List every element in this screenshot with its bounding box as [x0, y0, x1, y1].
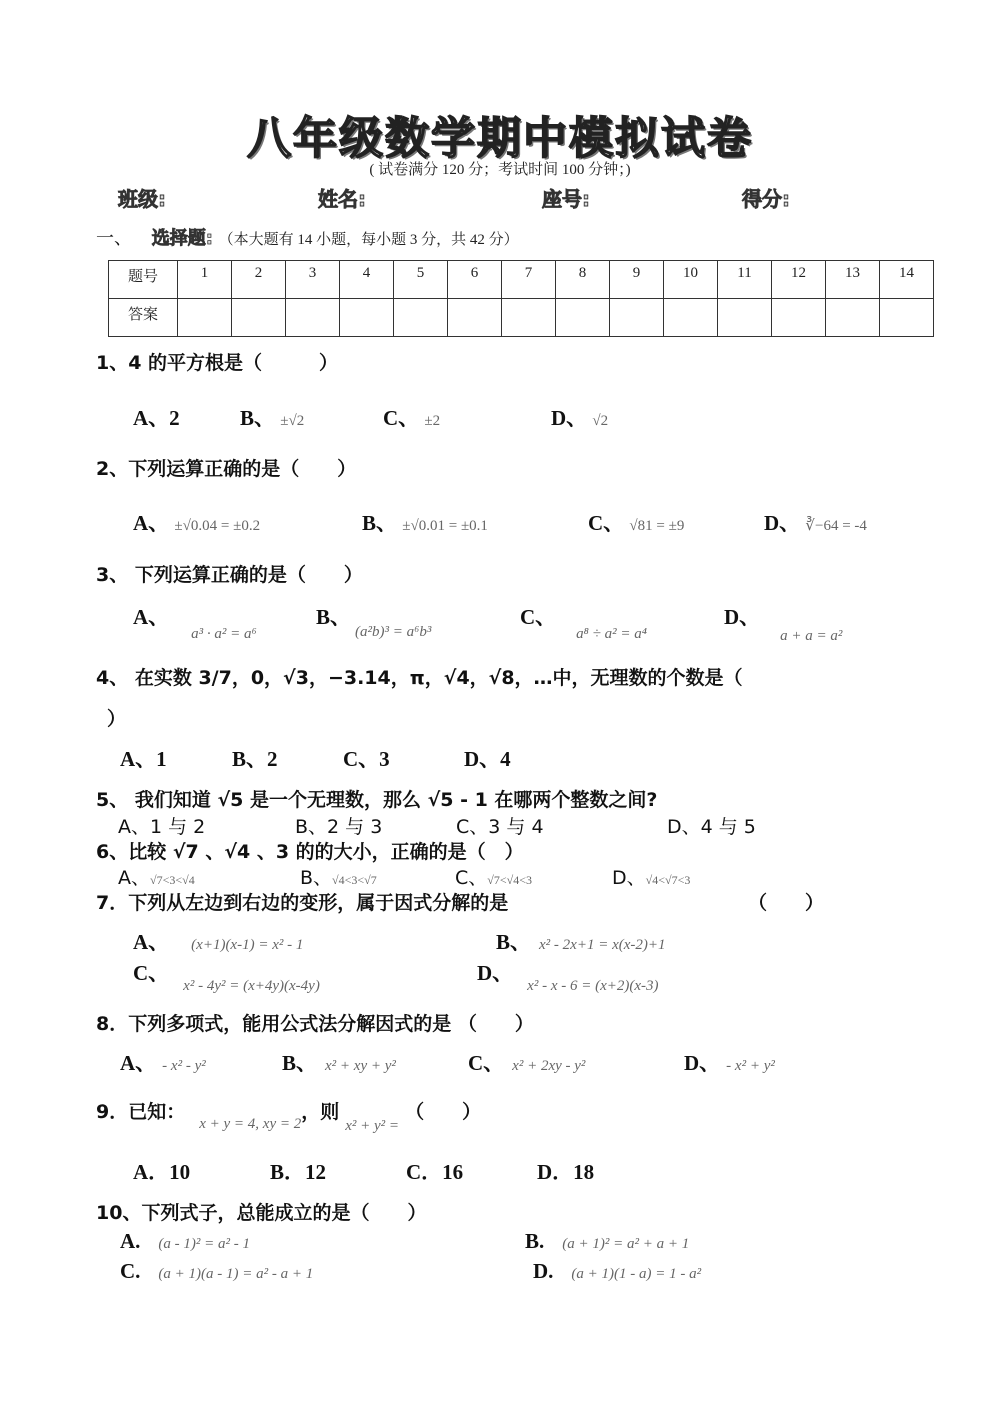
answer-cell-10[interactable]	[664, 299, 718, 337]
option-text: √4<√7<3	[646, 873, 691, 887]
question-7-stem: 7．下列从左边到右边的变形，属于因式分解的是	[96, 888, 508, 915]
option-label: B、	[232, 747, 267, 771]
q7-option-c[interactable]: C、x² - 4y² = (x+4y)(x-4y)	[133, 957, 320, 987]
section-title: 选择题:	[152, 228, 213, 249]
score-field-label: 得分:	[742, 183, 790, 212]
q9-option-d[interactable]: D．18	[537, 1156, 594, 1186]
option-label: D.	[533, 1259, 553, 1283]
option-text: - x² + y²	[726, 1058, 775, 1074]
option-label: D．	[537, 1160, 573, 1184]
option-label: B.	[525, 1229, 544, 1253]
q5-option-b[interactable]: B、2 与 3	[295, 812, 382, 839]
answer-cell-1[interactable]	[178, 299, 232, 337]
class-field-label: 班级:	[118, 183, 166, 212]
col-1: 1	[178, 261, 232, 299]
q4-option-d[interactable]: D、4	[464, 743, 511, 773]
option-label: C、	[520, 605, 556, 629]
q1-option-b[interactable]: B、 ±√2	[240, 402, 304, 432]
q5-option-a[interactable]: A、1 与 2	[118, 812, 205, 839]
option-text: 16	[442, 1160, 463, 1184]
question-10-stem: 10、下列式子，总能成立的是（ ）	[96, 1198, 426, 1225]
option-label: B、	[496, 930, 531, 954]
option-text: 10	[169, 1160, 190, 1184]
option-label: C、	[455, 867, 487, 889]
answer-cell-9[interactable]	[610, 299, 664, 337]
option-text: 2	[169, 406, 180, 430]
option-text: a⁸ ÷ a² = a⁴	[576, 626, 647, 642]
option-label: A、	[133, 605, 169, 629]
name-field-label: 姓名:	[318, 183, 366, 212]
option-label: B、	[362, 511, 397, 535]
q5-option-d[interactable]: D、4 与 5	[667, 812, 756, 839]
option-text: 4 与 5	[701, 816, 756, 838]
q8-option-d[interactable]: D、- x² + y²	[684, 1047, 775, 1077]
option-label: C、	[456, 816, 488, 838]
q3-option-a[interactable]: A、a³ · a² = a⁶	[133, 601, 257, 631]
option-text: 1	[156, 747, 167, 771]
q2-option-a[interactable]: A、 ±√0.04 = ±0.2	[133, 507, 260, 537]
answer-cell-7[interactable]	[502, 299, 556, 337]
question-5-stem: 5、 我们知道 √5 是一个无理数，那么 √5 - 1 在哪两个整数之间?	[96, 785, 657, 812]
option-label: C、	[133, 961, 169, 985]
q1-option-d[interactable]: D、 √2	[551, 402, 608, 432]
q1-option-c[interactable]: C、 ±2	[383, 402, 440, 432]
option-text: 3 与 4	[488, 816, 543, 838]
q2-option-b[interactable]: B、 ±√0.01 = ±0.1	[362, 507, 488, 537]
q10-option-b[interactable]: B.(a + 1)² = a² + a + 1	[525, 1229, 689, 1254]
q4-option-b[interactable]: B、2	[232, 743, 278, 773]
q6-option-d[interactable]: D、√4<√7<3	[612, 863, 690, 890]
q8-option-a[interactable]: A、- x² - y²	[120, 1047, 206, 1077]
option-text: 2	[267, 747, 278, 771]
question-9-stem: 9．已知：x + y = 4, xy = 2，则x² + y² =（ ）	[96, 1097, 481, 1124]
option-text: ∛−64 = -4	[805, 518, 866, 534]
row-header-answer: 答案	[109, 299, 178, 337]
question-4-stem-cont: ）	[107, 704, 126, 731]
seat-field-label: 座号:	[542, 183, 590, 212]
option-label: A、	[133, 406, 169, 430]
option-label: D、	[612, 867, 646, 889]
option-text: √7<√4<3	[487, 873, 532, 887]
option-text: 3	[379, 747, 390, 771]
q1-option-a[interactable]: A、2	[133, 402, 180, 432]
q2-option-c[interactable]: C、 √81 = ±9	[588, 507, 684, 537]
answer-cell-3[interactable]	[286, 299, 340, 337]
answer-cell-5[interactable]	[394, 299, 448, 337]
option-label: C、	[383, 406, 419, 430]
q9-given: x + y = 4, xy = 2	[199, 1116, 301, 1132]
col-8: 8	[556, 261, 610, 299]
option-label: D、	[764, 511, 800, 535]
section-note: （本大题有 14 小题，每小题 3 分，共 42 分）	[219, 232, 519, 248]
q9-option-c[interactable]: C．16	[406, 1156, 463, 1186]
option-label: C.	[120, 1259, 140, 1283]
option-label: B、	[295, 816, 327, 838]
option-text: √4<3<√7	[332, 873, 377, 887]
option-text: 4	[500, 747, 511, 771]
option-text: 12	[305, 1160, 326, 1184]
option-text: (x+1)(x-1) = x² - 1	[191, 937, 303, 953]
q9-then: ，则	[301, 1101, 339, 1123]
option-text: √7<3<√4	[150, 873, 195, 887]
question-4-stem: 4、 在实数 3/7，0，√3，−3.14，π，√4，√8，…中，无理数的个数是…	[96, 663, 743, 690]
option-text: (a²b)³ = a⁶b³	[355, 624, 431, 640]
option-text: (a - 1)² = a² - 1	[158, 1236, 250, 1252]
section-number: 一、	[96, 228, 132, 249]
col-5: 5	[394, 261, 448, 299]
q8-option-b[interactable]: B、x² + xy + y²	[282, 1047, 396, 1077]
q3-option-c[interactable]: C、a⁸ ÷ a² = a⁴	[520, 601, 647, 631]
q10-option-d[interactable]: D.(a + 1)(1 - a) = 1 - a²	[533, 1259, 701, 1284]
option-label: A.	[120, 1229, 140, 1253]
option-text: x² + 2xy - y²	[512, 1058, 585, 1074]
q9-bracket: （ ）	[405, 1101, 481, 1123]
col-10: 10	[664, 261, 718, 299]
question-1-stem: 1、4 的平方根是（ ）	[96, 348, 338, 375]
q10-option-a[interactable]: A.(a - 1)² = a² - 1	[120, 1229, 250, 1254]
question-7-bracket: （ ）	[748, 888, 824, 915]
q7-option-d[interactable]: D、x² - x - 6 = (x+2)(x-3)	[477, 957, 659, 987]
q6-option-b[interactable]: B、√4<3<√7	[300, 863, 377, 890]
question-8-stem: 8．下列多项式，能用公式法分解因式的是 （ ）	[96, 1009, 534, 1036]
col-13: 13	[826, 261, 880, 299]
option-label: A、	[118, 867, 150, 889]
option-text: ±2	[424, 413, 440, 429]
q7-option-a[interactable]: A、(x+1)(x-1) = x² - 1	[133, 926, 303, 956]
q3-option-d[interactable]: D、a + a = a²	[724, 601, 842, 631]
question-2-stem: 2、下列运算正确的是（ ）	[96, 454, 356, 481]
answer-cell-13[interactable]	[826, 299, 880, 337]
col-14: 14	[880, 261, 934, 299]
option-text: - x² - y²	[162, 1058, 206, 1074]
option-label: B、	[316, 605, 351, 629]
option-text: x² + xy + y²	[325, 1058, 396, 1074]
row-header-number: 题号	[109, 261, 178, 299]
option-text: (a + 1)² = a² + a + 1	[562, 1236, 689, 1252]
exam-title: 八年级数学期中模拟试卷	[0, 102, 1000, 166]
answer-cell-14[interactable]	[880, 299, 934, 337]
q4-option-a[interactable]: A、1	[120, 743, 167, 773]
answer-cell-2[interactable]	[232, 299, 286, 337]
answer-table: 题号 1 2 3 4 5 6 7 8 9 10 11 12 13 14 答案	[108, 260, 934, 337]
q9-expr: x² + y² =	[345, 1118, 399, 1134]
option-text: a + a = a²	[780, 628, 842, 644]
q7-option-b[interactable]: B、x² - 2x+1 = x(x-2)+1	[496, 926, 666, 956]
option-label: C、	[343, 747, 379, 771]
option-label: C、	[588, 511, 624, 535]
option-label: C．	[406, 1160, 442, 1184]
col-9: 9	[610, 261, 664, 299]
option-label: A、	[118, 816, 150, 838]
answer-cell-8[interactable]	[556, 299, 610, 337]
option-label: A．	[133, 1160, 169, 1184]
table-row-numbers: 题号 1 2 3 4 5 6 7 8 9 10 11 12 13 14	[109, 261, 934, 299]
option-label: D、	[724, 605, 760, 629]
option-label: A、	[120, 747, 156, 771]
option-text: 2 与 3	[327, 816, 382, 838]
col-4: 4	[340, 261, 394, 299]
option-text: x² - 2x+1 = x(x-2)+1	[539, 937, 665, 953]
option-text: ±√0.01 = ±0.1	[402, 518, 488, 534]
answer-cell-4[interactable]	[340, 299, 394, 337]
option-text: ±√0.04 = ±0.2	[174, 518, 260, 534]
table-row-answers: 答案	[109, 299, 934, 337]
option-label: B、	[240, 406, 275, 430]
option-text: x² - x - 6 = (x+2)(x-3)	[527, 978, 658, 994]
q4-option-c[interactable]: C、3	[343, 743, 390, 773]
option-label: A、	[133, 930, 169, 954]
option-label: B、	[300, 867, 332, 889]
option-text: x² - 4y² = (x+4y)(x-4y)	[183, 978, 320, 994]
option-text: a³ · a² = a⁶	[191, 626, 257, 642]
q9-option-b[interactable]: B．12	[270, 1156, 326, 1186]
option-label: B、	[282, 1051, 317, 1075]
q2-option-d[interactable]: D、 ∛−64 = -4	[764, 507, 867, 537]
option-label: D、	[477, 961, 513, 985]
option-label: D、	[551, 406, 587, 430]
q8-option-c[interactable]: C、x² + 2xy - y²	[468, 1047, 585, 1077]
q5-option-c[interactable]: C、3 与 4	[456, 812, 544, 839]
col-7: 7	[502, 261, 556, 299]
option-label: C、	[468, 1051, 504, 1075]
answer-cell-11[interactable]	[718, 299, 772, 337]
q10-option-c[interactable]: C.(a + 1)(a - 1) = a² - a + 1	[120, 1259, 313, 1284]
option-text: √81 = ±9	[629, 518, 684, 534]
exam-subtitle: ( 试卷满分 120 分；考试时间 100 分钟；)	[0, 158, 1000, 179]
col-6: 6	[448, 261, 502, 299]
answer-cell-6[interactable]	[448, 299, 502, 337]
question-3-stem: 3、 下列运算正确的是（ ）	[96, 560, 363, 587]
col-3: 3	[286, 261, 340, 299]
option-text: √2	[592, 413, 608, 429]
option-label: D、	[684, 1051, 720, 1075]
option-label: D、	[464, 747, 500, 771]
option-label: A、	[133, 511, 169, 535]
col-2: 2	[232, 261, 286, 299]
q3-option-b[interactable]: B、(a²b)³ = a⁶b³	[316, 601, 431, 631]
option-text: (a + 1)(1 - a) = 1 - a²	[571, 1266, 701, 1282]
option-text: ±√2	[280, 413, 304, 429]
option-label: B．	[270, 1160, 305, 1184]
option-text: 18	[573, 1160, 594, 1184]
option-label: A、	[120, 1051, 156, 1075]
option-label: D、	[667, 816, 701, 838]
q6-option-a[interactable]: A、√7<3<√4	[118, 863, 195, 890]
question-6-stem: 6、比较 √7 、√4 、3 的的大小，正确的是（ ）	[96, 837, 524, 864]
col-12: 12	[772, 261, 826, 299]
option-text: 1 与 2	[150, 816, 205, 838]
option-text: (a + 1)(a - 1) = a² - a + 1	[158, 1266, 313, 1282]
section-heading: 一、 选择题: （本大题有 14 小题，每小题 3 分，共 42 分）	[96, 224, 519, 250]
q9-stem-text: 9．已知：	[96, 1101, 185, 1123]
q6-option-c[interactable]: C、√7<√4<3	[455, 863, 532, 890]
col-11: 11	[718, 261, 772, 299]
answer-cell-12[interactable]	[772, 299, 826, 337]
q9-option-a[interactable]: A．10	[133, 1156, 190, 1186]
